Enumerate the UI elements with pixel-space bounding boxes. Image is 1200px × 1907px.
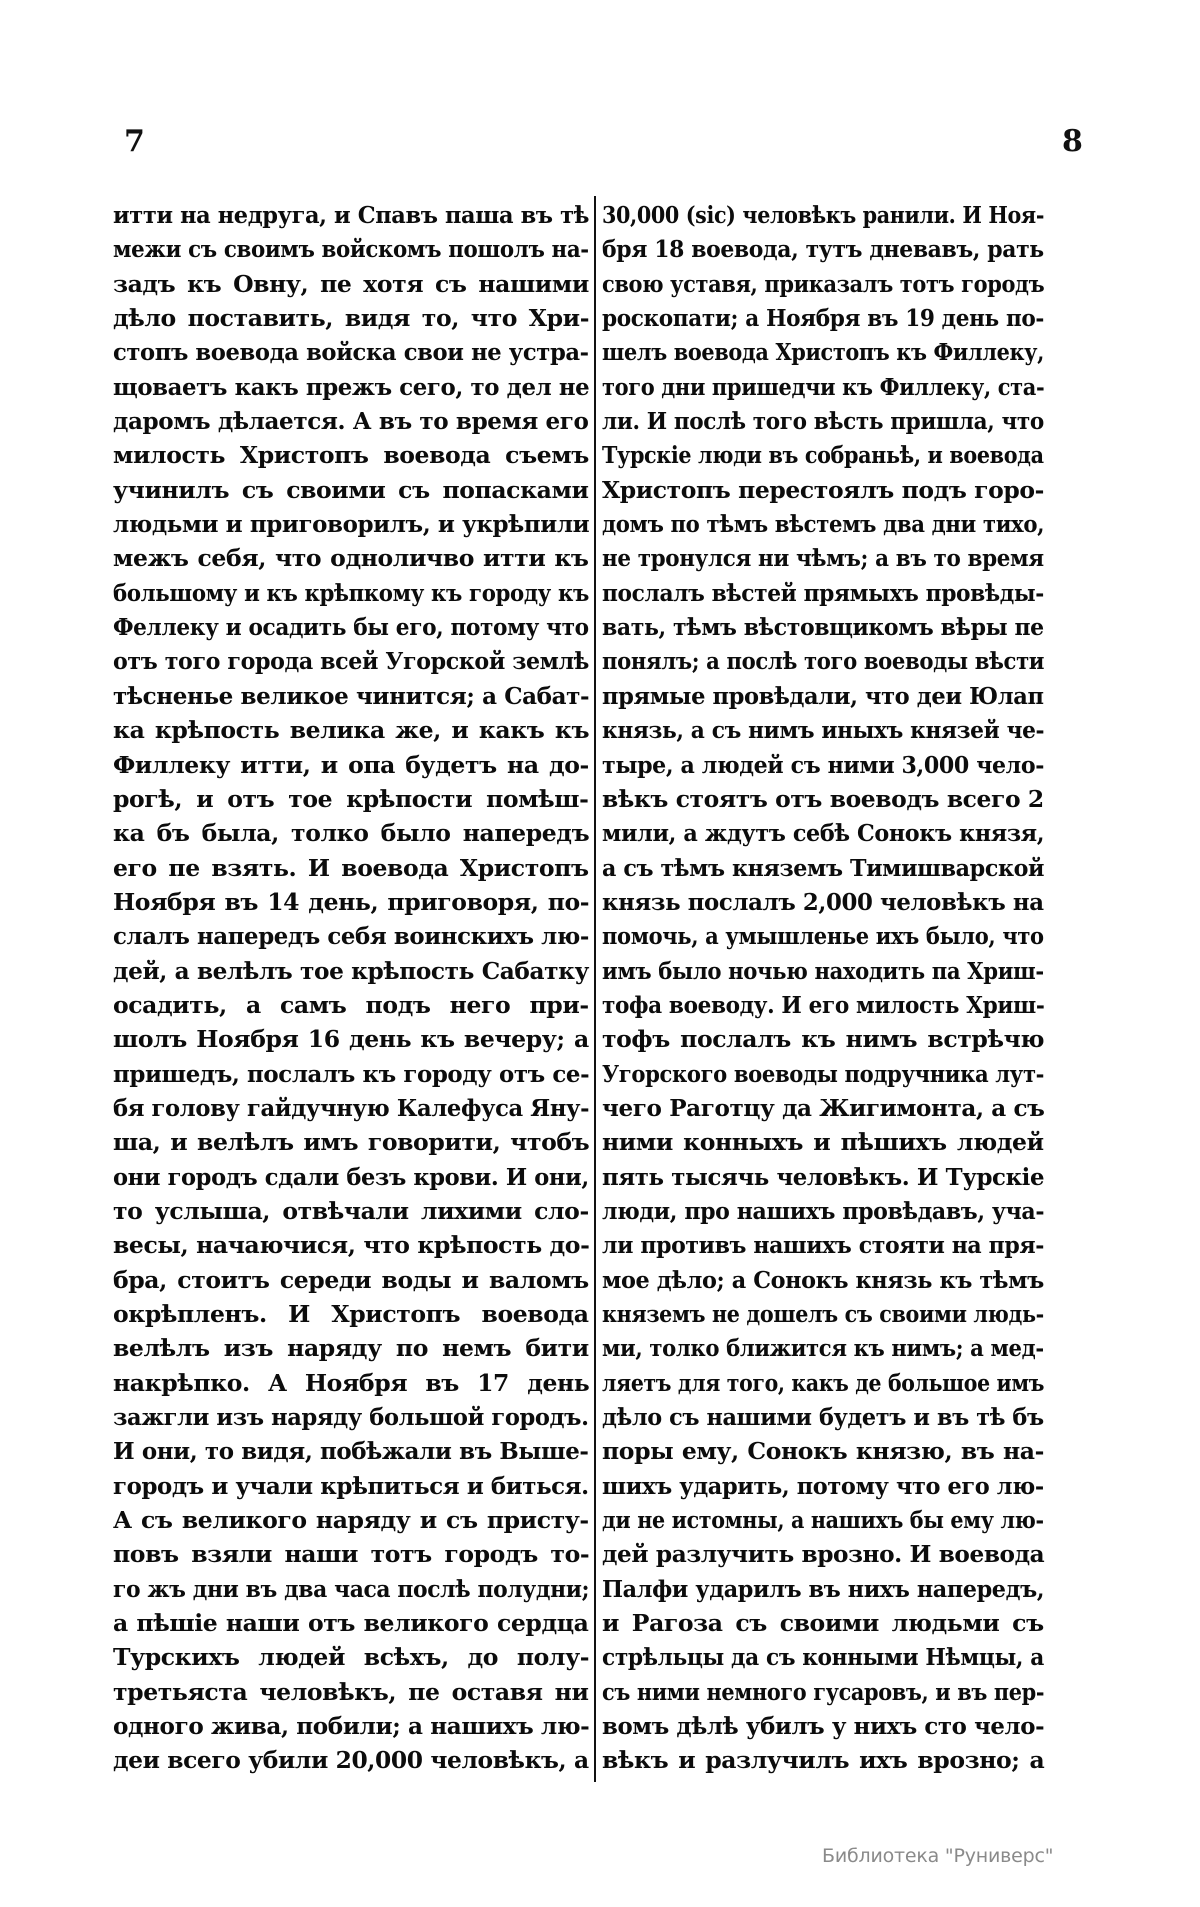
- text-line: ми, толко ближится къ нимъ; а мед-: [602, 1331, 1000, 1365]
- text-line: межъ себя, что одноличво итти къ: [113, 541, 589, 575]
- text-line: ка крѣпость велика же, и какъ къ: [113, 713, 589, 747]
- text-line: осадить, а самъ подъ него при-: [113, 988, 589, 1022]
- text-line: и Рагоза съ своими людьми съ: [602, 1606, 1044, 1640]
- text-line: Христопъ перестоялъ подъ горо-: [602, 473, 1043, 507]
- text-line: роскопати; а Ноября въ 19 день по-: [602, 301, 1008, 335]
- text-line: накрѣпко. А Ноября въ 17 день: [113, 1366, 589, 1400]
- text-line: отъ того города всей Угорской землѣ: [113, 644, 562, 678]
- text-line: весы, начаючися, что крѣпость до-: [113, 1228, 589, 1262]
- text-line: межи съ своимъ войскомъ пошолъ на-: [113, 232, 545, 266]
- page-number-left: 7: [124, 122, 145, 162]
- text-line: учинилъ съ своими съ попасками: [113, 473, 589, 507]
- text-line: не тронулся ни чѣмъ; а въ то время: [602, 541, 1006, 575]
- text-line: князь, а съ нимъ иныхъ князей че-: [602, 713, 1011, 747]
- page-number-right: 8: [1062, 122, 1083, 162]
- text-line: третьяста человѣкъ, пе оставя ни: [113, 1675, 589, 1709]
- text-line: го жъ дни въ два часа послѣ полудни;: [113, 1572, 556, 1606]
- text-line: того дни пришедчи къ Филлеку, ста-: [602, 370, 996, 404]
- text-line: Турскіе люди въ собраньѣ, и воевода: [602, 438, 991, 472]
- text-line: имъ было ночью находить па Хриш-: [602, 954, 1000, 988]
- left-text-column: итти на недруга, и Спавъ паша въ тѣмежи …: [113, 198, 589, 1778]
- text-line: Угорского воеводы подручника лут-: [602, 1057, 999, 1091]
- text-line: понялъ; а послѣ того воеводы вѣсти: [602, 644, 1000, 678]
- text-line: рогѣ, и отъ тое крѣпости помѣш-: [113, 782, 589, 816]
- text-line: А съ великого наряду и съ присту-: [113, 1503, 589, 1537]
- text-line: И они, то видя, побѣжали въ Выше-: [113, 1434, 577, 1468]
- text-line: задъ къ Овну, пе хотя съ нашими: [113, 267, 589, 301]
- text-line: прямые провѣдали, что деи Юлап: [602, 679, 1026, 713]
- text-line: его пе взять. И воевода Христопъ: [113, 851, 589, 885]
- text-line: ними конныхъ и пѣшихъ людей: [602, 1125, 1044, 1159]
- text-line: зажгли изъ наряду большой городъ.: [113, 1400, 570, 1434]
- text-line: Палфи ударилъ въ нихъ напередъ,: [602, 1572, 1021, 1606]
- text-line: бя голову гайдучную Калефуса Яну-: [113, 1091, 572, 1125]
- text-line: домъ по тѣмъ вѣстемъ два дни тихо,: [602, 507, 1001, 541]
- text-line: Феллеку и осадить бы его, потому что: [113, 610, 551, 644]
- text-line: княземъ не дошелъ съ своими людь-: [602, 1297, 991, 1331]
- text-line: шолъ Ноября 16 день къ вечеру; а: [113, 1022, 589, 1056]
- text-line: пришедъ, послалъ къ городу отъ се-: [113, 1057, 576, 1091]
- text-line: Ноября въ 14 день, приговоря, по-: [113, 885, 589, 919]
- text-line: тѣсненье великое чинится; а Сабат-: [113, 679, 579, 713]
- text-line: послалъ вѣстей прямыхъ провѣды-: [602, 576, 1011, 610]
- text-line: Филлеку итти, и опа будетъ на до-: [113, 748, 589, 782]
- text-line: бра, стоитъ середи воды и валомъ: [113, 1263, 589, 1297]
- text-line: ша, и велѣлъ имъ говорити, чтобъ: [113, 1125, 589, 1159]
- text-line: дей разлучить врозно. И воевода: [602, 1537, 1038, 1571]
- text-line: итти на недруга, и Спавъ паша въ тѣ: [113, 198, 568, 232]
- text-line: вать, тѣмъ вѣстовщикомъ вѣры пе: [602, 610, 1015, 644]
- text-line: мили, а ждутъ себѣ Сонокъ князя,: [602, 816, 1021, 850]
- text-line: дей, а велѣлъ тое крѣпость Сабатку: [113, 954, 583, 988]
- text-line: вѣкъ и разлучилъ ихъ врозно; а: [602, 1743, 1044, 1777]
- column-divider: [594, 196, 596, 1782]
- text-line: людьми и приговорилъ, и укрѣпили: [113, 507, 577, 541]
- text-line: пять тысячь человѣкъ. И Турскіе: [602, 1160, 1031, 1194]
- text-line: милость Христопъ воевода съемъ: [113, 438, 589, 472]
- text-line: шихъ ударить, потому что его лю-: [602, 1469, 1024, 1503]
- right-text-column: 30,000 (sic) человѣкъ ранили. И Ноя-бря …: [602, 198, 1044, 1778]
- text-line: бря 18 воевода, тутъ дневавъ, рать: [602, 232, 1014, 266]
- text-line: ка бъ была, толко было напередъ: [113, 816, 589, 850]
- text-line: вомъ дѣлѣ убилъ у нихъ сто чело-: [602, 1709, 1031, 1743]
- text-line: щоваетъ какъ прежъ сего, то дел не: [113, 370, 575, 404]
- text-line: дѣло поставить, видя то, что Хри-: [113, 301, 589, 335]
- text-line: городъ и учали крѣпиться и биться.: [113, 1469, 575, 1503]
- text-line: ли. И послѣ того вѣсть пришла, что: [602, 404, 1007, 438]
- text-line: тофа воеводу. И его милость Хриш-: [602, 988, 1008, 1022]
- text-line: свою уставя, приказалъ тотъ городъ: [602, 267, 995, 301]
- text-line: шелъ воевода Христопъ къ Филлеку,: [602, 335, 994, 369]
- text-line: деи всего убили 20,000 человѣкъ, а: [113, 1743, 586, 1777]
- text-line: даромъ дѣлается. А въ то время его: [113, 404, 580, 438]
- text-line: а пѣшіе наши отъ великого сердца: [113, 1606, 589, 1640]
- text-line: вѣкъ стоятъ отъ воеводъ всего 2: [602, 782, 1042, 816]
- text-line: ли противъ нашихъ стояти на пря-: [602, 1228, 1016, 1262]
- text-line: чего Раготцу да Жигимонта, а съ: [602, 1091, 1036, 1125]
- text-line: ди не истомны, а нашихъ бы ему лю-: [602, 1503, 990, 1537]
- text-line: стопъ воевода войска свои не устра-: [113, 335, 572, 369]
- text-line: люди, про нашихъ провѣдавъ, уча-: [602, 1194, 1017, 1228]
- text-line: велѣлъ изъ наряду по немъ бити: [113, 1331, 589, 1365]
- text-line: мое дѣло; а Сонокъ князь къ тѣмъ: [602, 1263, 1022, 1297]
- library-watermark: Библиотека "Руниверс": [822, 1845, 1053, 1867]
- text-line: а съ тѣмъ княземъ Тимишварской: [602, 851, 1019, 885]
- text-line: окрѣпленъ. И Христопъ воевода: [113, 1297, 589, 1331]
- text-line: то услыша, отвѣчали лихими сло-: [113, 1194, 589, 1228]
- text-line: стрѣльцы да съ конными Нѣмцы, а: [602, 1640, 1010, 1674]
- text-line: 30,000 (sic) человѣкъ ранили. И Ноя-: [602, 198, 990, 232]
- text-line: одного жива, побили; а нашихъ лю-: [113, 1709, 581, 1743]
- text-line: съ ними немного гусаровъ, и въ пер-: [602, 1675, 994, 1709]
- text-line: Турскихъ людей всѣхъ, до полу-: [113, 1640, 589, 1674]
- text-line: слалъ напередъ себя воинскихъ лю-: [113, 919, 575, 953]
- text-line: помочь, а умышленье ихъ было, что: [602, 919, 997, 953]
- text-line: они городъ сдали безъ крови. И они,: [113, 1160, 570, 1194]
- text-line: князь послалъ 2,000 человѣкъ на: [602, 885, 1031, 919]
- text-line: ляетъ для того, какъ де большое имъ: [602, 1366, 987, 1400]
- text-line: тыре, а людей съ ними 3,000 чело-: [602, 748, 1018, 782]
- text-line: поры ему, Сонокъ князю, въ на-: [602, 1434, 1044, 1468]
- text-line: повъ взяли наши тотъ городъ то-: [113, 1537, 589, 1571]
- text-line: тофъ послалъ къ нимъ встрѣчю: [602, 1022, 1044, 1056]
- text-line: дѣло съ нашими будетъ и въ тѣ бъ: [602, 1400, 1022, 1434]
- text-line: большому и къ крѣпкому къ городу къ: [113, 576, 544, 610]
